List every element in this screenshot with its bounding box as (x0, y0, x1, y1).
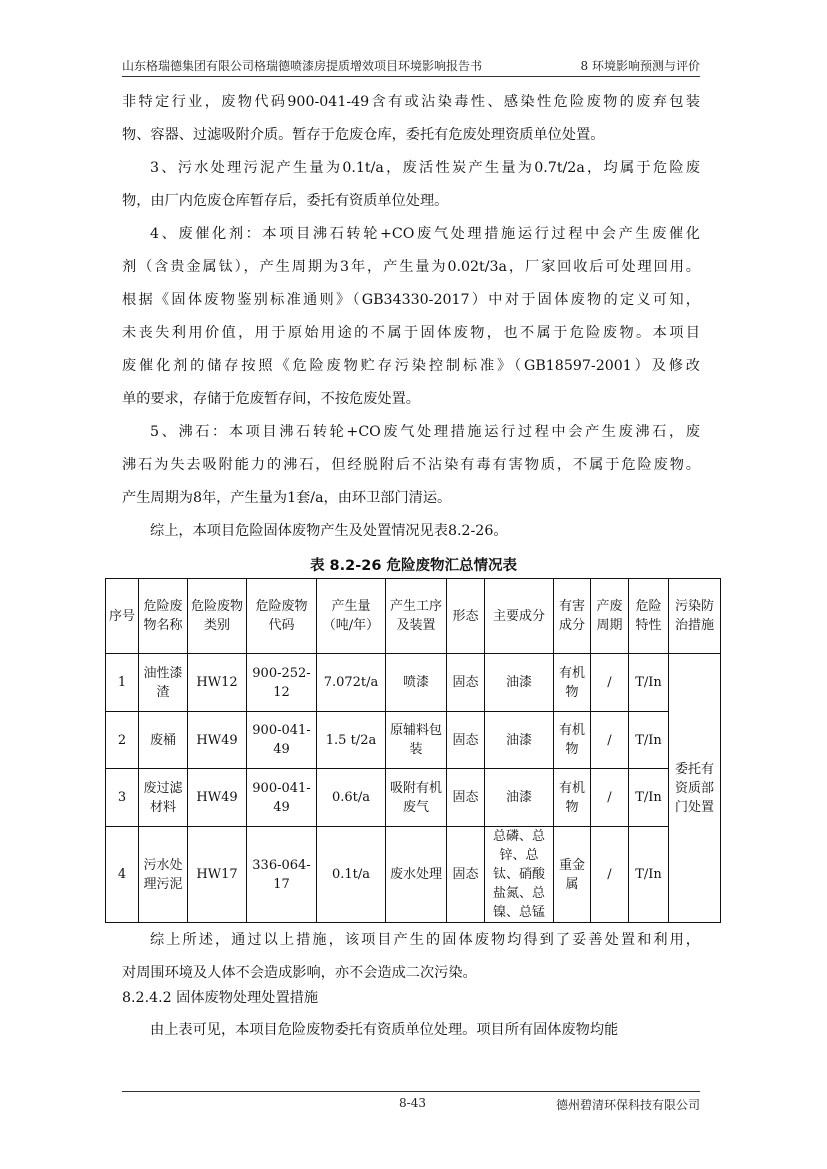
report-title: 山东格瑞德集团有限公司格瑞德喷漆房提质增效项目环境影响报告书 (122, 58, 482, 74)
cell: 固态 (447, 654, 485, 712)
table-row: 2 废桶 HW49 900-041-49 1.5 t/2a 原辅料包装 固态 油… (106, 712, 721, 769)
cell: 336-064-17 (247, 827, 317, 923)
cell: 7.072t/a (317, 654, 386, 712)
header-cell: 主要成分 (485, 579, 554, 654)
cell: 有机物 (554, 769, 591, 827)
header-cell: 产生量（吨/年） (317, 579, 386, 654)
cell: 3 (106, 769, 139, 827)
cell: 0.6t/a (317, 769, 386, 827)
paragraph-line: 物，由厂内危废仓库暂存后，委托有资质单位处理。 (122, 185, 700, 218)
cell: 油漆 (485, 712, 554, 769)
header-cell: 形态 (447, 579, 485, 654)
page-header: 山东格瑞德集团有限公司格瑞德喷漆房提质增效项目环境影响报告书 8 环境影响预测与… (122, 58, 700, 77)
header-cell: 危险废物代码 (247, 579, 317, 654)
cell: HW49 (188, 769, 247, 827)
cell: 900-041-49 (247, 769, 317, 827)
table-row: 3 废过滤材料 HW49 900-041-49 0.6t/a 吸附有机废气 固态… (106, 769, 721, 827)
paragraph-line: 废催化剂的储存按照《危险废物贮存污染控制标准》（GB18597-2001）及修改 (122, 350, 700, 383)
document-page: 山东格瑞德集团有限公司格瑞德喷漆房提质增效项目环境影响报告书 8 环境影响预测与… (0, 0, 827, 1169)
header-cell: 危险特性 (629, 579, 669, 654)
paragraph-line: 4、废催化剂：本项目沸石转轮+CO废气处理措施运行过程中会产生废催化 (122, 218, 700, 251)
cell: / (591, 827, 629, 923)
cell: 原辅料包装 (386, 712, 447, 769)
header-cell: 危险废物名称 (139, 579, 188, 654)
paragraph-line: 物、容器、过滤吸附介质。暂存于危废仓库，委托有危废处理资质单位处置。 (122, 119, 700, 152)
cell: 有机物 (554, 654, 591, 712)
paragraph-line: 根据《固体废物鉴别标准通则》（GB34330-2017）中对于固体废物的定义可知… (122, 284, 700, 317)
cell: 固态 (447, 712, 485, 769)
measure-cell: 委托有资质部门处置 (669, 654, 721, 923)
cell: 废水处理 (386, 827, 447, 923)
cell: T/In (629, 769, 669, 827)
cell: / (591, 769, 629, 827)
cell: 喷漆 (386, 654, 447, 712)
paragraph-line: 3、污水处理污泥产生量为0.1t/a，废活性炭产生量为0.7t/2a，均属于危险… (122, 152, 700, 185)
paragraph-line: 产生周期为8年，产生量为1套/a，由环卫部门清运。 (122, 482, 700, 515)
table-row: 4 污水处理污泥 HW17 336-064-17 0.1t/a 废水处理 固态 … (106, 827, 721, 923)
cell: 油性漆渣 (139, 654, 188, 712)
body-bottom: 综上所述，通过以上措施，该项目产生的固体废物均得到了妥善处置和利用， 对周围环境… (122, 924, 700, 990)
cell: 1 (106, 654, 139, 712)
cell: 污水处理污泥 (139, 827, 188, 923)
paragraph-line: 由上表可见，本项目危险废物委托有资质单位处理。项目所有固体废物均能 (122, 1014, 700, 1047)
header-cell: 有害成分 (554, 579, 591, 654)
paragraph-line: 未丧失利用价值，用于原始用途的不属于固体废物，也不属于危险废物。本项目 (122, 317, 700, 350)
cell: HW17 (188, 827, 247, 923)
cell: 油漆 (485, 654, 554, 712)
section-block: 8.2.4.2 固体废物处理处置措施 (122, 984, 700, 1012)
cell: 有机物 (554, 712, 591, 769)
cell: 0.1t/a (317, 827, 386, 923)
paragraph-line: 剂（含贵金属钛），产生周期为3年，产生量为0.02t/3a，厂家回收后可处理回用… (122, 251, 700, 284)
body-top: 非特定行业，废物代码900-041-49含有或沾染毒性、感染性危险废物的废弃包装… (122, 86, 700, 548)
cell: 900-041-49 (247, 712, 317, 769)
table-header-row: 序号 危险废物名称 危险废物类别 危险废物代码 产生量（吨/年） 产生工序及装置… (106, 579, 721, 654)
page-footer: 8-43 德州碧清环保科技有限公司 (122, 1091, 700, 1116)
cell: T/In (629, 712, 669, 769)
cell: 总磷、总锌、总钛、硝酸盐氮、总镍、总锰 (485, 827, 554, 923)
cell: 1.5 t/2a (317, 712, 386, 769)
chapter-title: 8 环境影响预测与评价 (581, 58, 700, 74)
cell: HW49 (188, 712, 247, 769)
table-row: 1 油性漆渣 HW12 900-252-12 7.072t/a 喷漆 固态 油漆… (106, 654, 721, 712)
cell: 吸附有机废气 (386, 769, 447, 827)
cell: HW12 (188, 654, 247, 712)
cell: 废过滤材料 (139, 769, 188, 827)
cell: 重金属 (554, 827, 591, 923)
cell: / (591, 712, 629, 769)
cell: 废桶 (139, 712, 188, 769)
header-cell: 污染防治措施 (669, 579, 721, 654)
paragraph-line: 非特定行业，废物代码900-041-49含有或沾染毒性、感染性危险废物的废弃包装 (122, 86, 700, 119)
section-heading: 8.2.4.2 固体废物处理处置措施 (122, 984, 700, 1012)
paragraph-line: 5、沸石：本项目沸石转轮+CO废气处理措施运行过程中会产生废沸石，废 (122, 416, 700, 449)
paragraph-line: 综上所述，通过以上措施，该项目产生的固体废物均得到了妥善处置和利用， (122, 924, 700, 957)
cell: T/In (629, 827, 669, 923)
header-cell: 序号 (106, 579, 139, 654)
footer-company: 德州碧清环保科技有限公司 (556, 1096, 700, 1113)
cell: 固态 (447, 827, 485, 923)
hazardous-waste-table: 序号 危险废物名称 危险废物类别 危险废物代码 产生量（吨/年） 产生工序及装置… (105, 578, 721, 923)
page-number: 8-43 (399, 1096, 426, 1110)
cell: / (591, 654, 629, 712)
cell: T/In (629, 654, 669, 712)
cell: 900-252-12 (247, 654, 317, 712)
header-cell: 产生工序及装置 (386, 579, 447, 654)
paragraph-line: 综上，本项目危险固体废物产生及处置情况见表8.2-26。 (122, 515, 700, 548)
cell: 固态 (447, 769, 485, 827)
paragraph-line: 沸石为失去吸附能力的沸石，但经脱附后不沾染有毒有害物质，不属于危险废物。 (122, 449, 700, 482)
header-cell: 产废周期 (591, 579, 629, 654)
final-block: 由上表可见，本项目危险废物委托有资质单位处理。项目所有固体废物均能 (122, 1014, 700, 1047)
cell: 油漆 (485, 769, 554, 827)
table-caption: 表 8.2-26 危险废物汇总情况表 (0, 554, 827, 575)
cell: 2 (106, 712, 139, 769)
cell: 4 (106, 827, 139, 923)
paragraph-line: 单的要求，存储于危废暂存间，不按危废处置。 (122, 383, 700, 416)
header-cell: 危险废物类别 (188, 579, 247, 654)
